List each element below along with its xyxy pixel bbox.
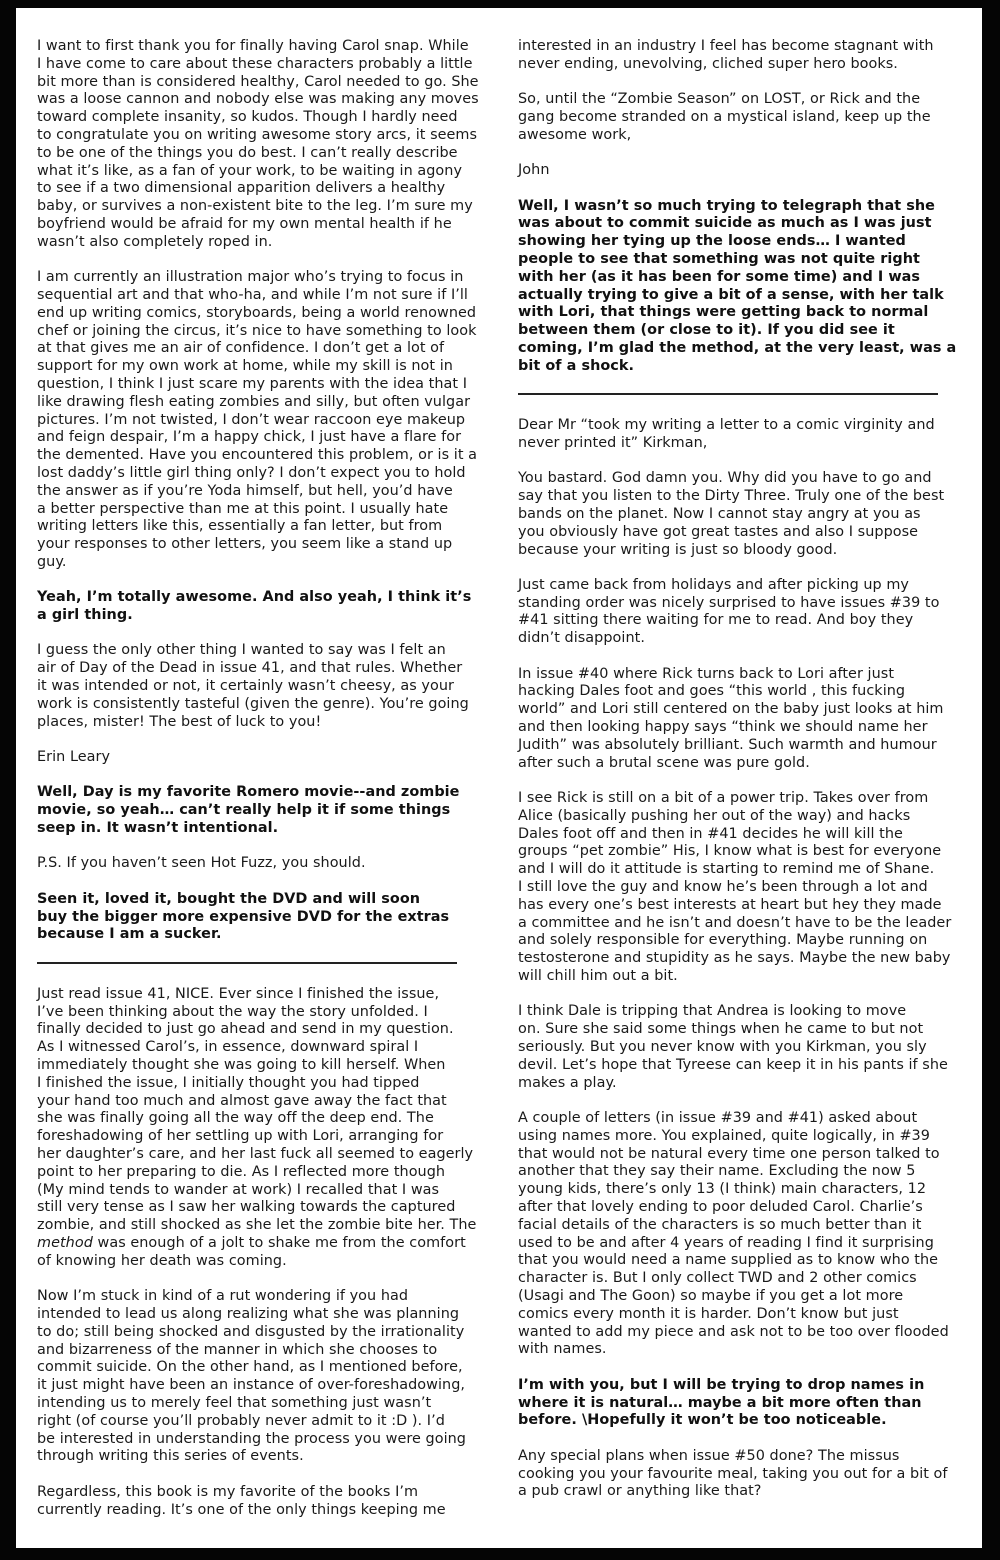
letter-divider [518, 393, 938, 395]
editor-reply: Well, Day is my favorite Romero movie--a… [37, 784, 487, 837]
letters-page: I want to first thank you for finally ha… [16, 8, 982, 1548]
letter-signature: Erin Leary [37, 749, 487, 767]
letter-paragraph: So, until the “Zombie Season” on LOST, o… [518, 91, 960, 144]
editor-reply: I’m with you, but I will be trying to dr… [518, 1377, 960, 1430]
editor-reply: Seen it, loved it, bought the DVD and wi… [37, 891, 487, 944]
letter-text: Just read issue 41, NICE. Ever since I f… [37, 986, 476, 1233]
letter-paragraph: I see Rick is still on a bit of a power … [518, 790, 960, 986]
postscript: P.S. If you haven’t seen Hot Fuzz, you s… [37, 855, 487, 873]
right-column: interested in an industry I feel has bec… [518, 38, 960, 1519]
letter-paragraph: You bastard. God damn you. Why did you h… [518, 470, 960, 559]
letter-paragraph: I guess the only other thing I wanted to… [37, 642, 487, 731]
letter-paragraph: Any special plans when issue #50 done? T… [518, 1448, 960, 1501]
letter-paragraph: I want to first thank you for finally ha… [37, 38, 487, 252]
letter-paragraph: Just read issue 41, NICE. Ever since I f… [37, 986, 487, 1271]
letter-signature: John [518, 162, 960, 180]
letter-text: was enough of a jolt to shake me from th… [37, 1235, 466, 1269]
letter-paragraph: Now I’m stuck in kind of a rut wondering… [37, 1288, 487, 1466]
letter-paragraph: Just came back from holidays and after p… [518, 577, 960, 648]
letter-paragraph: I think Dale is tripping that Andrea is … [518, 1003, 960, 1092]
editor-reply: Yeah, I’m totally awesome. And also yeah… [37, 589, 487, 625]
letter-paragraph: I am currently an illustration major who… [37, 269, 487, 572]
letter-paragraph: Dear Mr “took my writing a letter to a c… [518, 417, 960, 453]
letter-paragraph: A couple of letters (in issue #39 and #4… [518, 1110, 960, 1359]
emphasized-word: method [37, 1235, 93, 1251]
letter-paragraph: Regardless, this book is my favorite of … [37, 1484, 487, 1520]
editor-reply: Well, I wasn’t so much trying to telegra… [518, 198, 960, 376]
left-column: I want to first thank you for finally ha… [37, 38, 487, 1537]
letter-divider [37, 962, 457, 964]
letter-paragraph: interested in an industry I feel has bec… [518, 38, 960, 74]
letter-paragraph: In issue #40 where Rick turns back to Lo… [518, 666, 960, 773]
